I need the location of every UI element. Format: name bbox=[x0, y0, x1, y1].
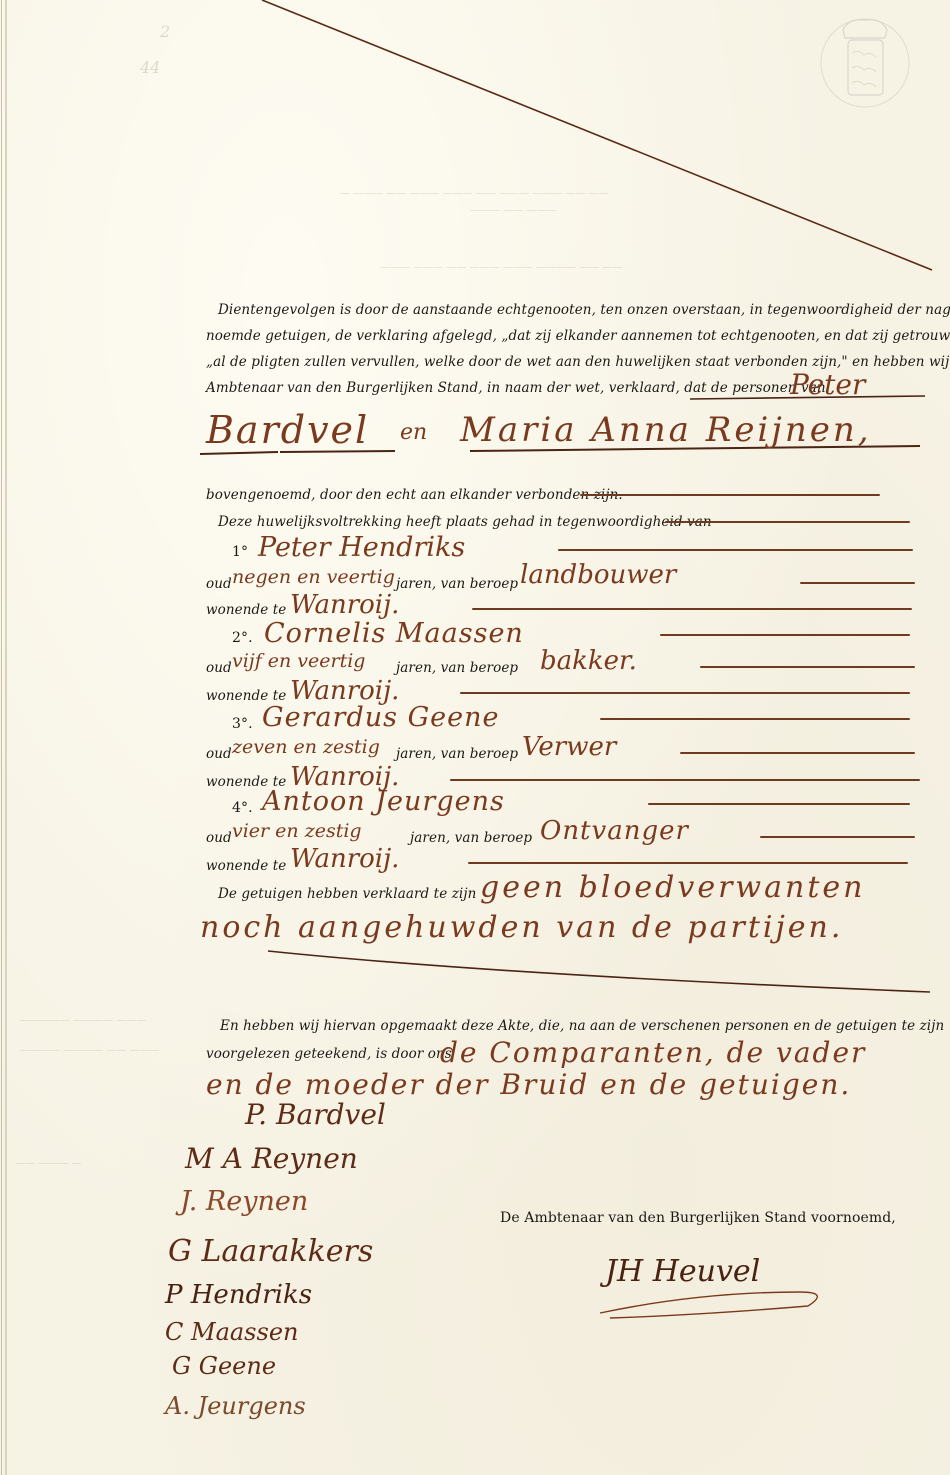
witness-number: 3°. bbox=[232, 716, 253, 732]
fill-line bbox=[680, 752, 915, 754]
witness-residence: Wanroij. bbox=[290, 590, 399, 620]
document-page: 2 44 — ——— —— ——— ——— —— ——— ——— —— —— —… bbox=[0, 0, 950, 1475]
signature: M A Reynen bbox=[185, 1142, 358, 1175]
body-text-line: Dientengevolgen is door de aanstaande ec… bbox=[218, 302, 950, 318]
signature: A. Jeurgens bbox=[165, 1392, 306, 1420]
body-text-line: bovengenoemd, door den echt aan elkander… bbox=[206, 487, 623, 503]
witness-occupation: landbouwer bbox=[520, 560, 676, 590]
groom-first-name: Peter bbox=[790, 368, 865, 401]
body-text-line: Ambtenaar van den Burgerlijken Stand, in… bbox=[206, 380, 826, 396]
fill-line bbox=[450, 779, 920, 781]
fill-line bbox=[665, 521, 910, 523]
body-text-line: voorgelezen geteekend, is door ons bbox=[206, 1046, 452, 1062]
witness-age: vijf en veertig bbox=[232, 650, 365, 672]
label-oud: oud bbox=[206, 746, 232, 762]
witness-name: Cornelis Maassen bbox=[264, 618, 524, 649]
witness-number: 2°. bbox=[232, 630, 253, 646]
fill-line bbox=[468, 862, 908, 864]
label-wonende-te: wonende te bbox=[206, 858, 286, 874]
fill-line bbox=[700, 666, 915, 668]
witness-number: 1° bbox=[232, 544, 248, 560]
witness-residence: Wanroij. bbox=[290, 844, 399, 874]
witness-name: Antoon Jeurgens bbox=[262, 786, 505, 817]
bride-name: Maria Anna Reijnen, bbox=[460, 410, 872, 450]
fill-line bbox=[800, 582, 915, 584]
witness-age: zeven en zestig bbox=[232, 736, 380, 758]
label-jaren-beroep: jaren, van beroep bbox=[396, 576, 518, 592]
witness-age: negen en veertig bbox=[232, 566, 395, 588]
fill-line bbox=[760, 836, 915, 838]
official-caption: De Ambtenaar van den Burgerlijken Stand … bbox=[500, 1210, 896, 1226]
witness-occupation: Verwer bbox=[522, 732, 616, 762]
witness-number: 4°. bbox=[232, 800, 253, 816]
fill-line bbox=[660, 634, 910, 636]
fill-line bbox=[558, 549, 913, 551]
label-oud: oud bbox=[206, 830, 232, 846]
signature: P. Bardvel bbox=[245, 1098, 386, 1131]
witness-occupation: bakker. bbox=[540, 646, 637, 676]
fill-line bbox=[460, 692, 910, 694]
signature: G Laarakkers bbox=[168, 1234, 373, 1269]
fill-line bbox=[472, 608, 912, 610]
groom-last-name: Bardvel bbox=[206, 408, 369, 452]
witness-age: vier en zestig bbox=[232, 820, 362, 842]
label-jaren-beroep: jaren, van beroep bbox=[410, 830, 532, 846]
signature: P Hendriks bbox=[165, 1280, 312, 1310]
signed-by: en de moeder der Bruid en de getuigen. bbox=[206, 1068, 851, 1101]
witness-name: Peter Hendriks bbox=[258, 532, 465, 563]
signature: J. Reynen bbox=[180, 1186, 308, 1217]
body-text-line: De getuigen hebben verklaard te zijn bbox=[218, 886, 476, 902]
fill-line bbox=[648, 803, 910, 805]
signed-by: de Comparanten, de vader bbox=[440, 1036, 866, 1069]
body-text-line: Deze huwelijksvoltrekking heeft plaats g… bbox=[218, 514, 712, 530]
ink-strokes bbox=[0, 0, 950, 1475]
witness-name: Gerardus Geene bbox=[262, 702, 499, 733]
fill-line bbox=[580, 494, 880, 496]
witness-relation: noch aangehuwden van de partijen. bbox=[200, 910, 843, 945]
label-jaren-beroep: jaren, van beroep bbox=[396, 746, 518, 762]
label-jaren-beroep: jaren, van beroep bbox=[396, 660, 518, 676]
body-text-line: noemde getuigen, de verklaring afgelegd,… bbox=[206, 328, 950, 344]
fill-line bbox=[600, 718, 910, 720]
label-wonende-te: wonende te bbox=[206, 602, 286, 618]
witness-relation: geen bloedverwanten bbox=[480, 870, 865, 905]
signature: C Maassen bbox=[165, 1318, 298, 1346]
label-oud: oud bbox=[206, 576, 232, 592]
body-text-line: En hebben wij hiervan opgemaakt deze Akt… bbox=[220, 1018, 944, 1034]
official-signature: JH Heuvel bbox=[605, 1254, 760, 1289]
witness-occupation: Ontvanger bbox=[540, 816, 689, 846]
label-oud: oud bbox=[206, 660, 232, 676]
signature: G Geene bbox=[172, 1352, 276, 1380]
conjunction-en: en bbox=[400, 420, 427, 445]
